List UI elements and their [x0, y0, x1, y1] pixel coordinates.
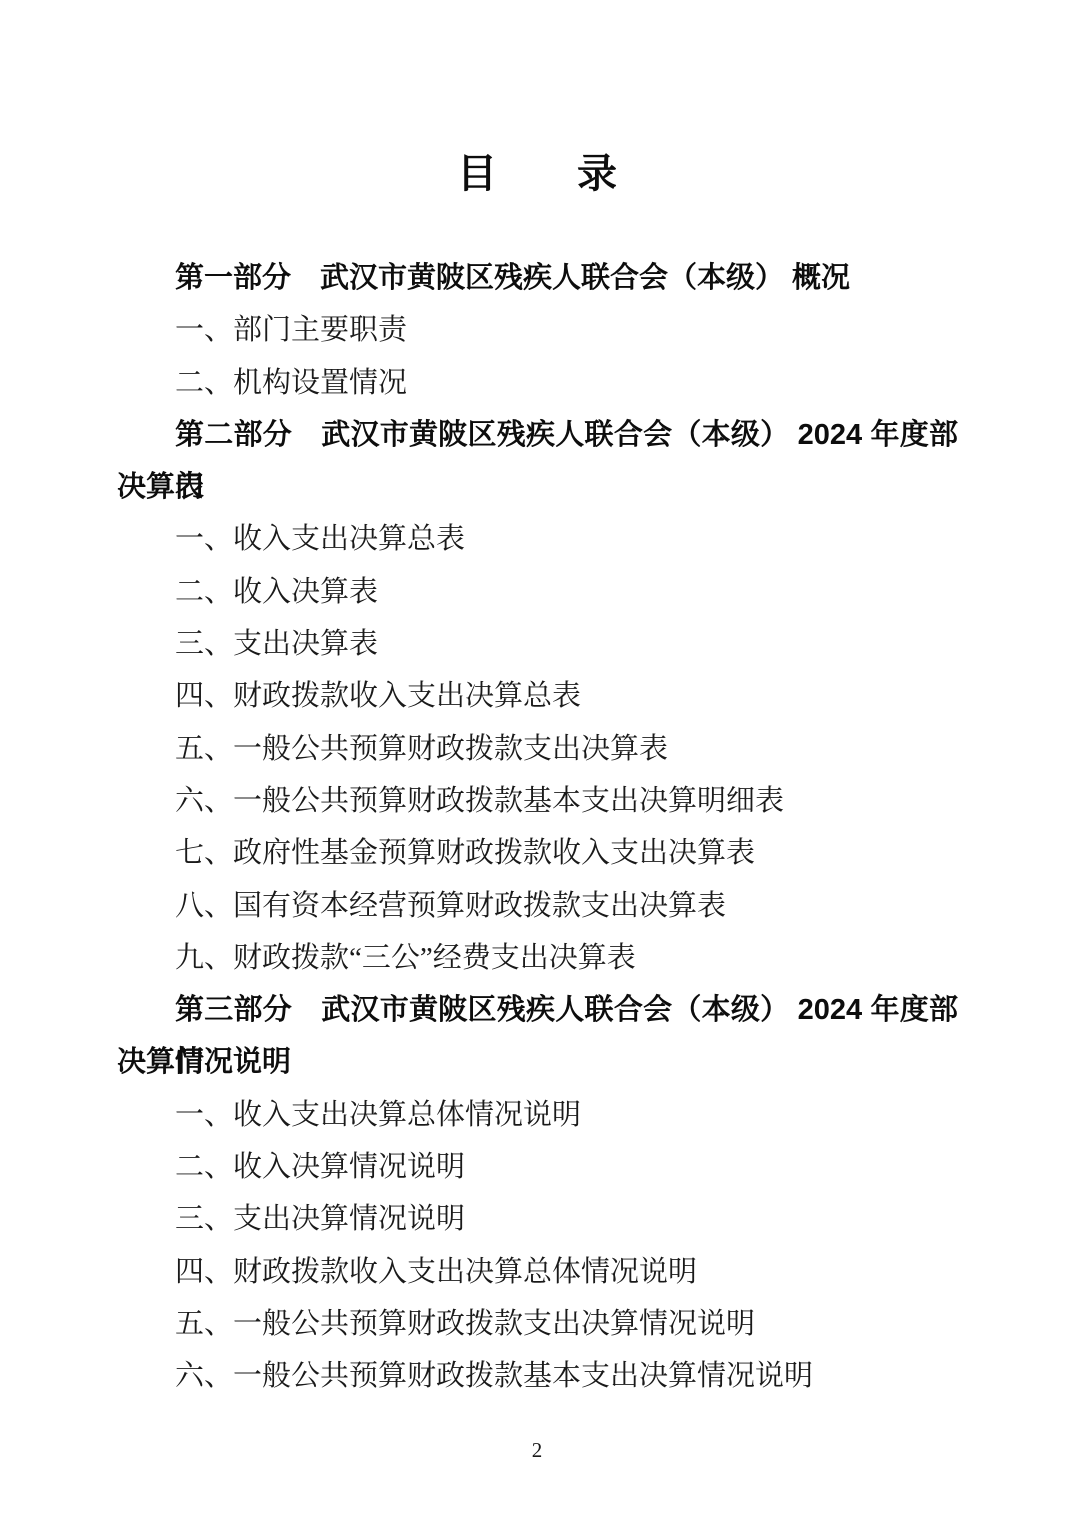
toc-section-heading: 决算表	[117, 461, 958, 513]
toc-section-heading: 第二部分 武汉市黄陂区残疾人联合会（本级） 2024 年度部门	[117, 409, 958, 461]
toc-item: 七、政府性基金预算财政拨款收入支出决算表	[117, 827, 958, 879]
toc-item: 二、机构设置情况	[117, 357, 958, 409]
toc-item: 一、收入支出决算总体情况说明	[117, 1089, 958, 1141]
toc-section-heading: 第一部分 武汉市黄陂区残疾人联合会（本级） 概况	[117, 252, 958, 304]
toc-item: 九、财政拨款“三公”经费支出决算表	[117, 932, 958, 984]
toc-item: 五、一般公共预算财政拨款支出决算情况说明	[117, 1298, 958, 1350]
toc-item: 四、财政拨款收入支出决算总体情况说明	[117, 1246, 958, 1298]
toc-item: 二、收入决算表	[117, 566, 958, 618]
toc-item: 八、国有资本经营预算财政拨款支出决算表	[117, 880, 958, 932]
toc-item: 六、一般公共预算财政拨款基本支出决算明细表	[117, 775, 958, 827]
toc-item: 六、一般公共预算财政拨款基本支出决算情况说明	[117, 1350, 958, 1402]
toc-item: 二、收入决算情况说明	[117, 1141, 958, 1193]
toc-item: 三、支出决算表	[117, 618, 958, 670]
toc-item: 四、财政拨款收入支出决算总表	[117, 670, 958, 722]
toc-item: 一、部门主要职责	[117, 304, 958, 356]
page-title: 目 录	[0, 146, 1074, 202]
toc-section-heading: 决算情况说明	[117, 1036, 958, 1088]
page-number: 2	[0, 1436, 1074, 1464]
toc-item: 三、支出决算情况说明	[117, 1193, 958, 1245]
toc-item: 一、收入支出决算总表	[117, 513, 958, 565]
toc-section-heading: 第三部分 武汉市黄陂区残疾人联合会（本级） 2024 年度部门	[117, 984, 958, 1036]
table-of-contents: 第一部分 武汉市黄陂区残疾人联合会（本级） 概况一、部门主要职责二、机构设置情况…	[117, 252, 958, 1403]
toc-item: 五、一般公共预算财政拨款支出决算表	[117, 723, 958, 775]
document-page: 目 录 第一部分 武汉市黄陂区残疾人联合会（本级） 概况一、部门主要职责二、机构…	[0, 0, 1074, 1520]
